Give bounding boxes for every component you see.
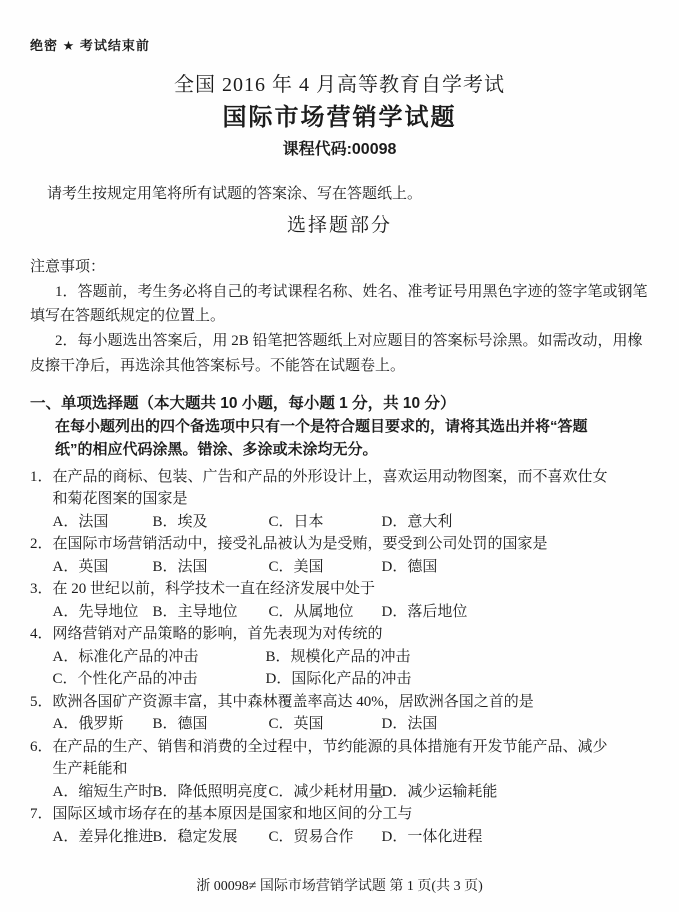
option: B．降低照明亮度: [153, 781, 269, 804]
option: D．一体化进程: [382, 826, 617, 849]
question-number: 6．: [30, 736, 53, 804]
question-number: 7．: [30, 803, 53, 848]
question-stem: 在产品的生产、销售和消费的全过程中，节约能源的具体措施有开发节能产品、减少生产耗…: [53, 736, 617, 781]
option: D．减少运输耗能: [382, 781, 617, 804]
answer-sheet-instruction: 请考生按规定用笔将所有试题的答案涂、写在答题纸上。: [30, 184, 653, 204]
secret-banner: 绝密 ★ 考试结束前: [30, 0, 679, 54]
note-item: 2．每小题选出答案后，用 2B 铅笔把答题纸上对应题目的答案标号涂黑。如需改动，…: [30, 329, 653, 378]
question-options: A．缩短生产时B．降低照明亮度C．减少耗材用量D．减少运输耗能: [53, 781, 617, 804]
page-footer: 浙 00098≠ 国际市场营销学试题 第 1 页(共 3 页): [0, 878, 679, 896]
option: A．英国: [53, 556, 153, 579]
option: D．落后地位: [382, 601, 617, 624]
option: B．规模化产品的冲击: [266, 646, 617, 669]
notes-title: 注意事项：: [30, 255, 653, 280]
question-number: 4．: [30, 623, 53, 691]
question-number: 2．: [30, 533, 53, 578]
option: C．从属地位: [269, 601, 382, 624]
option: A．俄罗斯: [53, 713, 153, 736]
option: A．标准化产品的冲击: [53, 646, 266, 669]
question: 6． 在产品的生产、销售和消费的全过程中，节约能源的具体措施有开发节能产品、减少…: [30, 736, 617, 804]
question-list: 1． 在产品的商标、包装、广告和产品的外形设计上，喜欢运用动物图案，而不喜欢仕女…: [30, 466, 617, 849]
question-options: A．法国B．埃及C．日本D．意大利: [53, 511, 617, 534]
question-stem: 在国际市场营销活动中，接受礼品被认为是受贿，要受到公司处罚的国家是: [53, 533, 617, 556]
section-part-heading: 选择题部分: [0, 214, 679, 238]
question-options: A．先导地位B．主导地位C．从属地位D．落后地位: [53, 601, 617, 624]
question-stem: 欧洲各国矿产资源丰富，其中森林覆盖率高达 40%，居欧洲各国之首的是: [53, 691, 617, 714]
exam-paper-page: 绝密 ★ 考试结束前 全国 2016 年 4 月高等教育自学考试 国际市场营销学…: [0, 0, 679, 912]
option: A．先导地位: [53, 601, 153, 624]
option: C．日本: [269, 511, 382, 534]
option: A．法国: [53, 511, 153, 534]
option: D．意大利: [382, 511, 617, 534]
part1-heading: 一、单项选择题（本大题共 10 小题，每小题 1 分，共 10 分）: [30, 393, 653, 415]
option: C．英国: [269, 713, 382, 736]
option: B．埃及: [153, 511, 269, 534]
question-stem: 在 20 世纪以前，科学技术一直在经济发展中处于: [53, 578, 617, 601]
question-options: A．标准化产品的冲击B．规模化产品的冲击C．个性化产品的冲击D．国际化产品的冲击: [53, 646, 617, 691]
option: C．个性化产品的冲击: [53, 668, 266, 691]
question-stem: 国际区域市场存在的基本原因是国家和地区间的分工与: [53, 803, 617, 826]
question: 3． 在 20 世纪以前，科学技术一直在经济发展中处于 A．先导地位B．主导地位…: [30, 578, 617, 623]
notes-section: 注意事项： 1．答题前，考生务必将自己的考试课程名称、姓名、准考证号用黑色字迹的…: [30, 255, 653, 379]
option: D．法国: [382, 713, 617, 736]
question-number: 1．: [30, 466, 53, 534]
option: C．减少耗材用量: [269, 781, 382, 804]
question-options: A．差异化推进B．稳定发展C．贸易合作D．一体化进程: [53, 826, 617, 849]
option: B．法国: [153, 556, 269, 579]
question-options: A．英国B．法国C．美国D．德国: [53, 556, 617, 579]
option: D．德国: [382, 556, 617, 579]
option: D．国际化产品的冲击: [266, 668, 617, 691]
question-options: A．俄罗斯B．德国C．英国D．法国: [53, 713, 617, 736]
question-stem: 网络营销对产品策略的影响，首先表现为对传统的: [53, 623, 617, 646]
part1-instruction: 在每小题列出的四个备选项中只有一个是符合题目要求的，请将其选出并将“答题纸”的相…: [30, 415, 617, 462]
option: B．主导地位: [153, 601, 269, 624]
question-stem: 在产品的商标、包装、广告和产品的外形设计上，喜欢运用动物图案，而不喜欢仕女和菊花…: [53, 466, 617, 511]
option: B．稳定发展: [153, 826, 269, 849]
paper-title: 国际市场营销学试题: [0, 103, 679, 133]
option: A．缩短生产时: [53, 781, 153, 804]
question: 2． 在国际市场营销活动中，接受礼品被认为是受贿，要受到公司处罚的国家是 A．英…: [30, 533, 617, 578]
question: 5． 欧洲各国矿产资源丰富，其中森林覆盖率高达 40%，居欧洲各国之首的是 A．…: [30, 691, 617, 736]
course-code: 课程代码:00098: [0, 140, 679, 160]
question: 1． 在产品的商标、包装、广告和产品的外形设计上，喜欢运用动物图案，而不喜欢仕女…: [30, 466, 617, 534]
question: 4． 网络营销对产品策略的影响，首先表现为对传统的 A．标准化产品的冲击B．规模…: [30, 623, 617, 691]
note-item: 1．答题前，考生务必将自己的考试课程名称、姓名、准考证号用黑色字迹的签字笔或钢笔…: [30, 280, 653, 329]
option: B．德国: [153, 713, 269, 736]
question: 7． 国际区域市场存在的基本原因是国家和地区间的分工与 A．差异化推进B．稳定发…: [30, 803, 617, 848]
option: A．差异化推进: [53, 826, 153, 849]
question-number: 3．: [30, 578, 53, 623]
question-number: 5．: [30, 691, 53, 736]
option: C．贸易合作: [269, 826, 382, 849]
option: C．美国: [269, 556, 382, 579]
exam-session-title: 全国 2016 年 4 月高等教育自学考试: [0, 72, 679, 98]
